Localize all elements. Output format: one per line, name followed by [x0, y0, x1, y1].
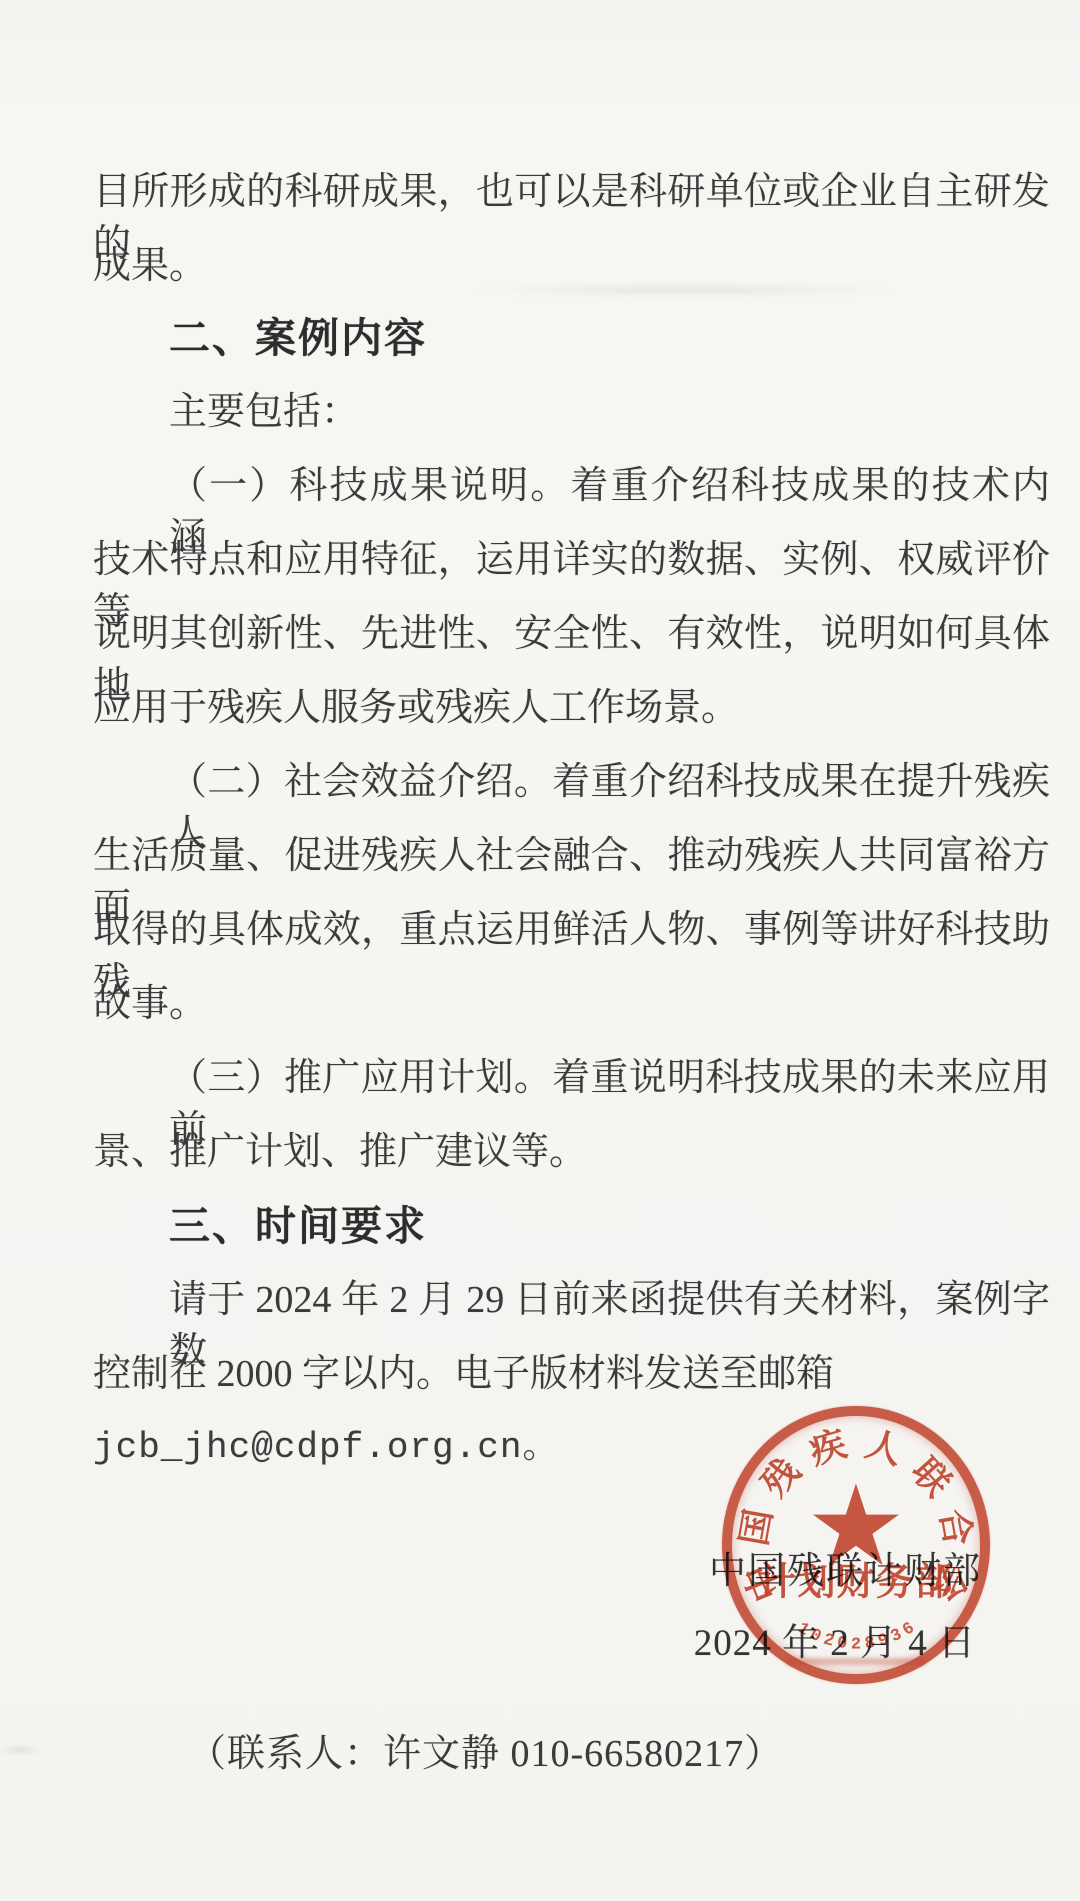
body-line-4: 主要包括： — [93, 386, 1050, 438]
body-line-16: 请于 2024 年 2 月 29 日前来函提供有关材料，案例字数 — [93, 1274, 1050, 1326]
body-line-8: 应用于残疾人服务或残疾人工作场景。 — [93, 682, 1050, 734]
body-line-12: 故事。 — [93, 978, 1050, 1030]
scan-smudge — [0, 1745, 40, 1755]
document-page: 目所形成的科研成果，也可以是科研单位或企业自主研发的 成果。 二、案例内容 主要… — [0, 0, 1080, 1901]
body-line-14: 景、推广计划、推广建议等。 — [93, 1126, 1050, 1178]
body-line-2: 成果。 — [93, 240, 1050, 292]
contact-line: （联系人：许文静 010-66580217） — [93, 1722, 783, 1777]
section-heading-3: 三、时间要求 — [93, 1200, 1050, 1252]
body-line-6: 技术特点和应用特征，运用详实的数据、实例、权威评价等 — [93, 534, 1050, 586]
signature-date: 2024 年 2 月 4 日 — [694, 1612, 976, 1666]
body-line-5: （一）科技成果说明。着重介绍科技成果的技术内涵、 — [93, 460, 1050, 512]
email-address: jcb_jhc@cdpf.org.cn。 — [93, 1422, 1050, 1474]
signature-department: 中国残联计财部 — [709, 1540, 982, 1594]
body-line-13: （三）推广应用计划。着重说明科技成果的未来应用前 — [93, 1052, 1050, 1104]
body-line-11: 取得的具体成效，重点运用鲜活人物、事例等讲好科技助残 — [93, 904, 1050, 956]
body-line-1: 目所形成的科研成果，也可以是科研单位或企业自主研发的 — [93, 166, 1050, 218]
body-line-9: （二）社会效益介绍。着重介绍科技成果在提升残疾人 — [93, 756, 1050, 808]
body-line-7: 说明其创新性、先进性、安全性、有效性，说明如何具体地 — [93, 608, 1050, 660]
body-line-17: 控制在 2000 字以内。电子版材料发送至邮箱 — [93, 1348, 1050, 1400]
section-heading-2: 二、案例内容 — [93, 312, 1050, 364]
body-line-10: 生活质量、促进残疾人社会融合、推动残疾人共同富裕方面 — [93, 830, 1050, 882]
